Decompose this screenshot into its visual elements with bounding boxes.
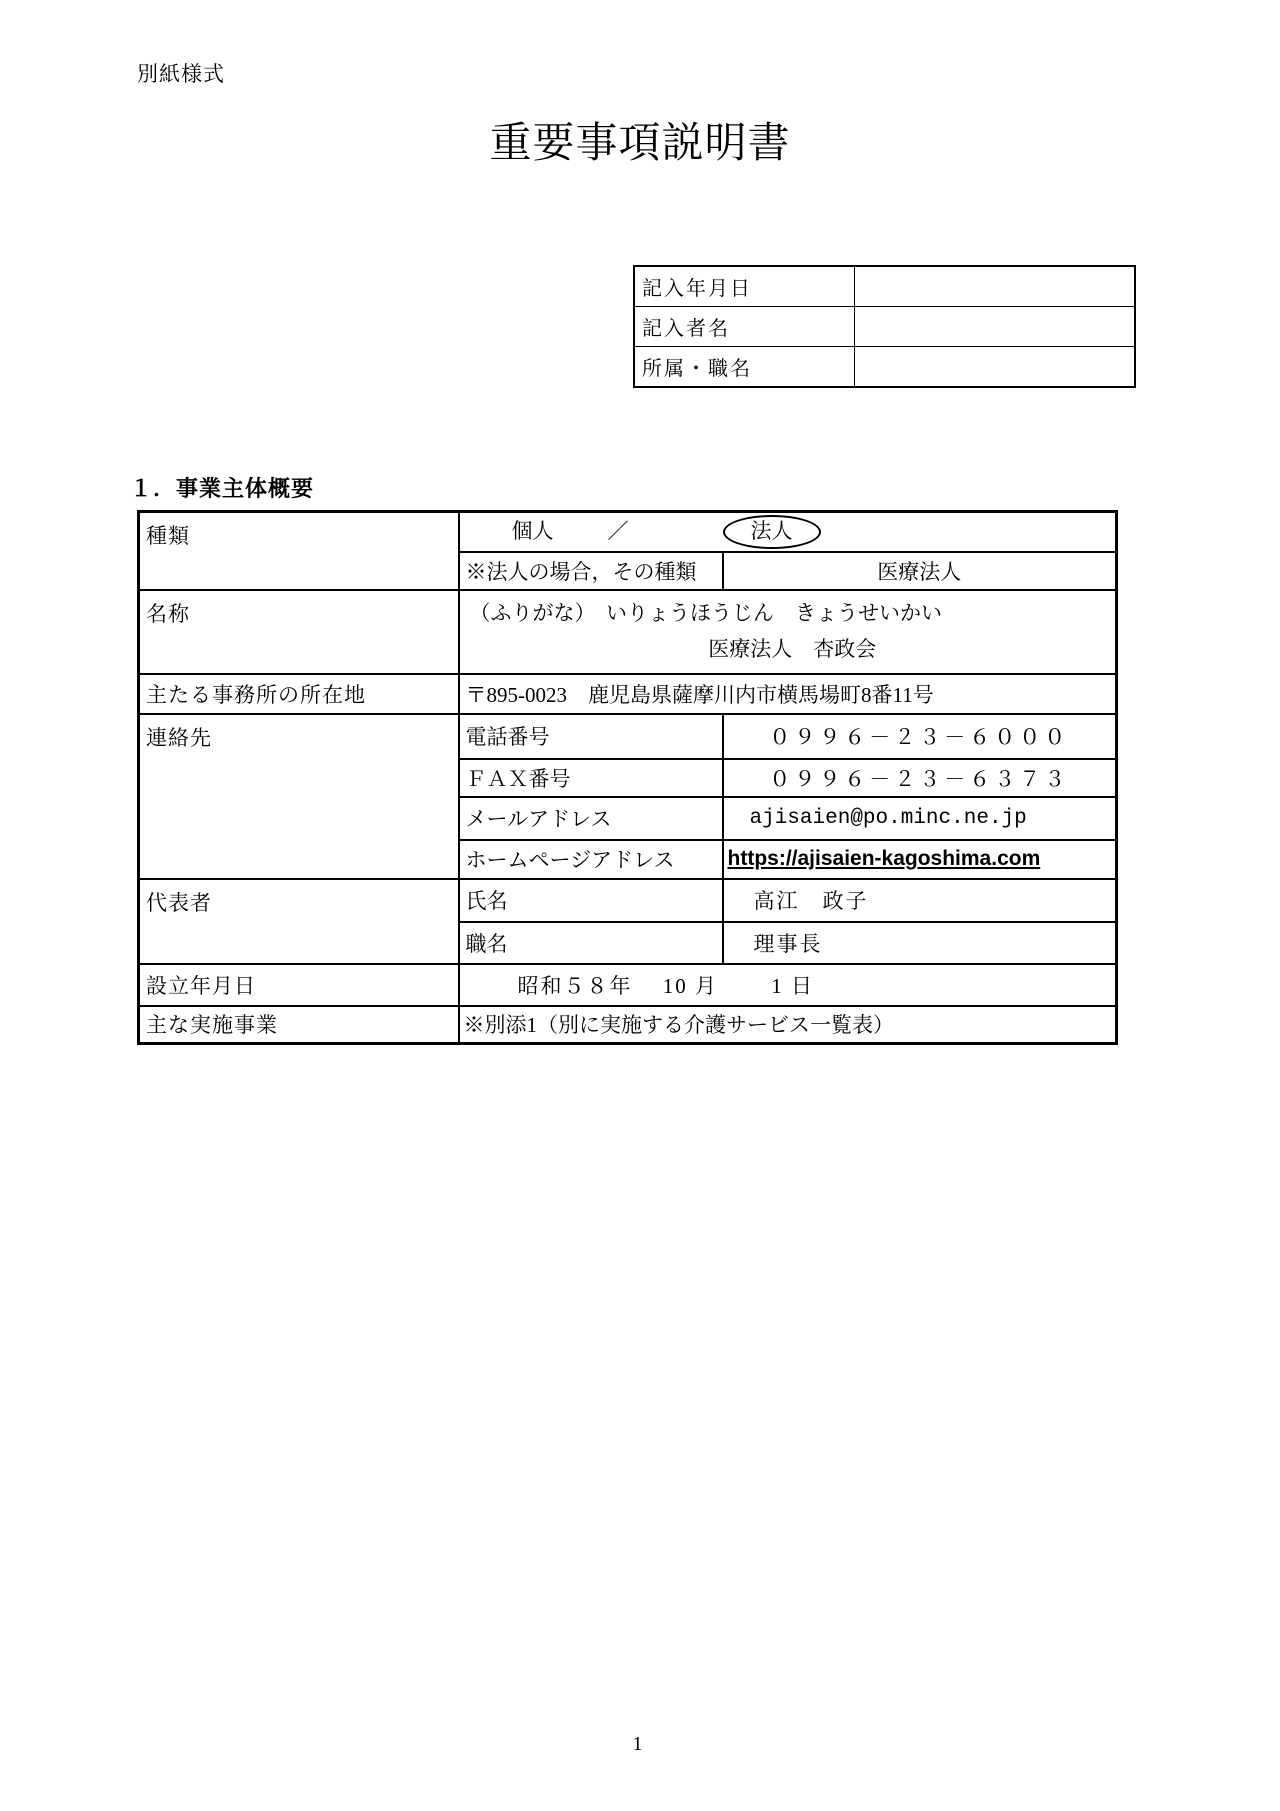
fax-value-cell: ０９９６－２３－６３７３ <box>723 759 1117 797</box>
selected-option-ellipse: 法人 <box>723 515 821 549</box>
name-label-cell: 名称 <box>139 590 459 674</box>
rep-name-value-cell: 高江 政子 <box>723 879 1117 922</box>
contact-label-cell: 連絡先 <box>139 714 459 879</box>
table-row: 種類 個人／法人 <box>139 512 1117 552</box>
entry-title-value-cell <box>855 347 1136 388</box>
section1-heading: １．事業主体概要 <box>130 472 314 503</box>
email-label-cell: メールアドレス <box>459 797 723 840</box>
rep-title-value-cell: 理事長 <box>723 922 1117 964</box>
phone-label-cell: 電話番号 <box>459 714 723 759</box>
type-options-cell: 個人／法人 <box>459 512 1117 552</box>
rep-title-label-cell: 職名 <box>459 922 723 964</box>
table-row: 名称 （ふりがな） いりょうほうじん きょうせいかい 医療法人 杏政会 <box>139 590 1117 674</box>
table-row: 所属・職名 <box>634 347 1135 388</box>
established-value-cell: 昭和５８年 10 月 1 日 <box>459 964 1117 1006</box>
table-row: 代表者 氏名 高江 政子 <box>139 879 1117 922</box>
name-value: 医療法人 杏政会 <box>470 631 1116 667</box>
fill-in-header-table: 記入年月日 記入者名 所属・職名 <box>633 265 1136 388</box>
table-row: 連絡先 電話番号 ０９９６－２３－６０００ <box>139 714 1117 759</box>
business-value-cell: ※別添1（別に実施する介護サービス一覧表） <box>459 1006 1117 1044</box>
entry-date-label-cell: 記入年月日 <box>634 266 855 307</box>
corp-type-label-cell: ※法人の場合，その種類 <box>459 552 723 590</box>
business-entity-table: 種類 個人／法人 ※法人の場合，その種類 医療法人 名称 （ふりがな） いりょう… <box>137 510 1118 1045</box>
type-label-cell: 種類 <box>139 512 459 590</box>
table-row: 記入年月日 <box>634 266 1135 307</box>
name-furigana: （ふりがな） いりょうほうじん きょうせいかい <box>470 595 1116 631</box>
corp-type-value-cell: 医療法人 <box>723 552 1117 590</box>
business-label-cell: 主な実施事業 <box>139 1006 459 1044</box>
representative-label-cell: 代表者 <box>139 879 459 964</box>
website-label-cell: ホームページアドレス <box>459 840 723 879</box>
type-option-corporate: 法人 <box>751 519 793 543</box>
established-label-cell: 設立年月日 <box>139 964 459 1006</box>
table-row: 設立年月日 昭和５８年 10 月 1 日 <box>139 964 1117 1006</box>
email-value-cell: ajisaien@po.minc.ne.jp <box>723 797 1117 840</box>
document-title: 重要事項説明書 <box>0 110 1280 170</box>
type-option-separator: ／ <box>608 519 629 543</box>
type-option-individual: 個人 <box>512 519 554 543</box>
entry-title-label-cell: 所属・職名 <box>634 347 855 388</box>
address-label-cell: 主たる事務所の所在地 <box>139 674 459 714</box>
table-row: 記入者名 <box>634 307 1135 347</box>
table-row: 主な実施事業 ※別添1（別に実施する介護サービス一覧表） <box>139 1006 1117 1044</box>
page-number: 1 <box>0 1733 1275 1756</box>
entry-author-label-cell: 記入者名 <box>634 307 855 347</box>
name-value-cell: （ふりがな） いりょうほうじん きょうせいかい 医療法人 杏政会 <box>459 590 1117 674</box>
rep-name-label-cell: 氏名 <box>459 879 723 922</box>
address-value-cell: 〒895-0023 鹿児島県薩摩川内市横馬場町8番11号 <box>459 674 1117 714</box>
website-link: https://ajisaien-kagoshima.com <box>723 840 1117 879</box>
phone-value-cell: ０９９６－２３－６０００ <box>723 714 1117 759</box>
attachment-form-tag: 別紙様式 <box>137 58 225 88</box>
table-row: 主たる事務所の所在地 〒895-0023 鹿児島県薩摩川内市横馬場町8番11号 <box>139 674 1117 714</box>
document-page: 別紙様式 重要事項説明書 記入年月日 記入者名 所属・職名 １．事業主体概要 <box>0 0 1280 1811</box>
entry-author-value-cell <box>855 307 1136 347</box>
fax-label-cell: ＦＡＸ番号 <box>459 759 723 797</box>
entry-date-value-cell <box>855 266 1136 307</box>
